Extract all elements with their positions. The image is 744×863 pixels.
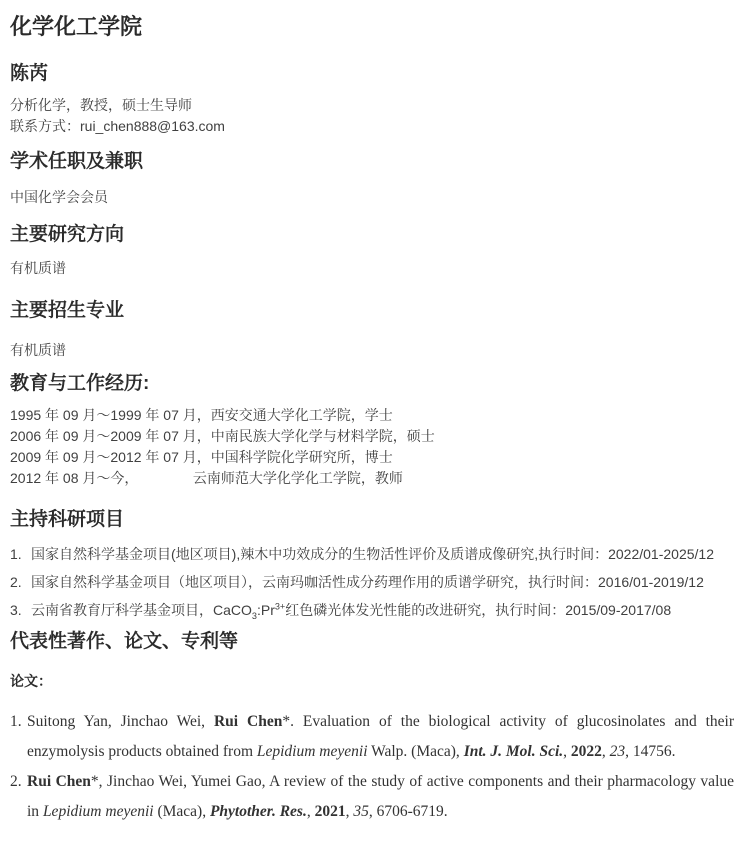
education-item: 2012 年 08 月～今， 云南师范大学化学化工学院，教师 <box>10 468 734 489</box>
education-list: 1995 年 09 月～1999 年 07 月，西安交通大学化工学院，学士 20… <box>10 405 734 489</box>
professor-contact-line: 联系方式：rui_chen888@163.com <box>10 116 734 137</box>
project-text: 国家自然科学基金项目（地区项目），云南玛咖活性成分药理作用的质谱学研究，执行时间… <box>31 574 734 590</box>
department-title: 化学化工学院 <box>10 14 734 40</box>
section-heading-academic-posts: 学术任职及兼职 <box>10 150 734 173</box>
paper-item: 1. Suitong Yan, Jinchao Wei, Rui Chen*. … <box>10 707 734 767</box>
education-item: 2006 年 09 月～2009 年 07 月，中南民族大学化学与材料学院，硕士 <box>10 426 734 447</box>
section-heading-education: 教育与工作经历: <box>10 372 734 395</box>
project-item: 2. 国家自然科学基金项目（地区项目），云南玛咖活性成分药理作用的质谱学研究，执… <box>10 574 734 590</box>
faculty-profile-document: 化学化工学院 陈芮 分析化学，教授，硕士生导师 联系方式：rui_chen888… <box>0 0 744 863</box>
paper-number: 2. <box>10 767 27 797</box>
professor-title-line: 分析化学，教授，硕士生导师 <box>10 95 734 116</box>
section-heading-projects: 主持科研项目 <box>10 508 734 531</box>
section-content-academic-posts: 中国化学会会员 <box>10 187 734 208</box>
paper-text: Rui Chen*, Jinchao Wei, Yumei Gao, A rev… <box>27 767 734 827</box>
projects-list: 1. 国家自然科学基金项目(地区项目),辣木中功效成分的生物活性评价及质谱成像研… <box>10 546 734 618</box>
paper-number: 1. <box>10 707 27 737</box>
section-heading-publications: 代表性著作、论文、专利等 <box>10 630 734 653</box>
paper-text: Suitong Yan, Jinchao Wei, Rui Chen*. Eva… <box>27 707 734 767</box>
education-item: 1995 年 09 月～1999 年 07 月，西安交通大学化工学院，学士 <box>10 405 734 426</box>
professor-name: 陈芮 <box>10 62 734 85</box>
project-item: 3. 云南省教育厅科学基金项目，CaCO3:Pr3+红色磷光体发光性能的改进研究… <box>10 602 734 618</box>
section-content-research-direction: 有机质谱 <box>10 258 734 279</box>
section-content-enrollment-major: 有机质谱 <box>10 340 734 361</box>
project-number: 3. <box>10 602 31 618</box>
project-number: 2. <box>10 574 31 590</box>
education-item: 2009 年 09 月～2012 年 07 月，中国科学院化学研究所，博士 <box>10 447 734 468</box>
project-number: 1. <box>10 546 31 562</box>
project-text: 云南省教育厅科学基金项目，CaCO3:Pr3+红色磷光体发光性能的改进研究，执行… <box>31 602 734 618</box>
professor-intro: 分析化学，教授，硕士生导师 联系方式：rui_chen888@163.com <box>10 95 734 137</box>
paper-item: 2. Rui Chen*, Jinchao Wei, Yumei Gao, A … <box>10 767 734 827</box>
section-heading-research-direction: 主要研究方向 <box>10 223 734 246</box>
section-heading-enrollment-major: 主要招生专业 <box>10 299 734 322</box>
papers-label: 论文： <box>10 672 734 690</box>
project-text: 国家自然科学基金项目(地区项目),辣木中功效成分的生物活性评价及质谱成像研究,执… <box>31 546 734 562</box>
project-item: 1. 国家自然科学基金项目(地区项目),辣木中功效成分的生物活性评价及质谱成像研… <box>10 546 734 562</box>
papers-list: 1. Suitong Yan, Jinchao Wei, Rui Chen*. … <box>10 707 734 827</box>
